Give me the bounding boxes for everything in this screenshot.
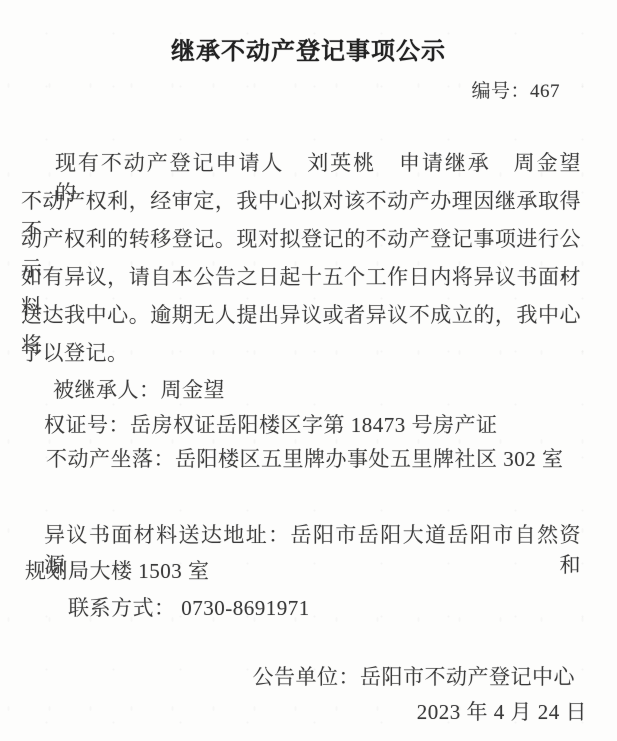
field-certificate-number: 权证号：岳房权证岳阳楼区字第 18473 号房产证 [21,410,581,440]
field-property-location: 不动产坐落：岳阳楼区五里牌办事处五里牌社区 302 室 [21,444,581,474]
footer-date: 2023 年 4 月 24 日 [417,697,587,727]
body-paragraph-line-6: 予以登记。 [21,338,581,368]
notice-document: 继承不动产登记事项公示 编号：467 现有不动产登记申请人 刘英桃 申请继承 周… [0,0,617,741]
field-contact-phone: 联系方式： 0730-8691971 [21,593,581,623]
footer-announcing-unit: 公告单位：岳阳市不动产登记中心 [253,662,576,692]
field-objection-address-line-2: 规划局大楼 1503 室 [21,556,581,586]
field-decedent: 被继承人：周金望 [21,375,581,405]
notice-title: 继承不动产登记事项公示 [0,37,617,67]
doc-number: 编号：467 [471,77,560,107]
